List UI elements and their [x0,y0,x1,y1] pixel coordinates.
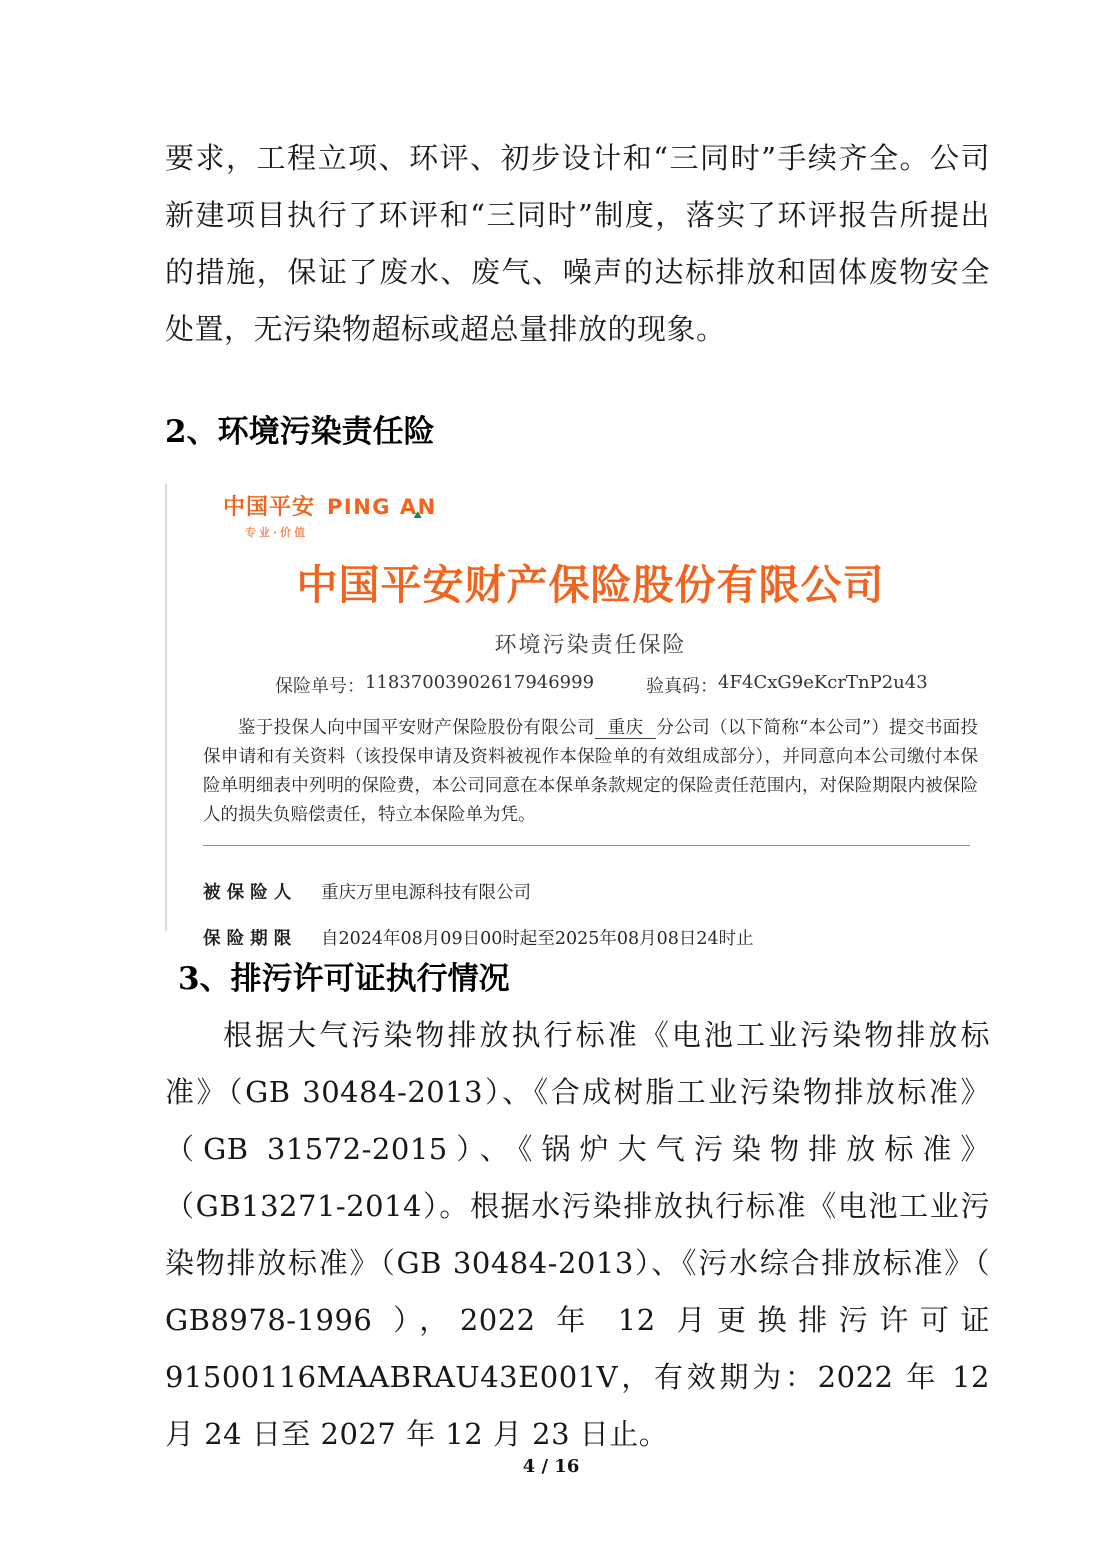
insured-value: 重庆万里电源科技有限公司 [321,879,531,904]
pingan-tagline: 专业·价值 [245,524,978,540]
policy-number-label: 保险单号： [275,672,365,698]
pingan-logo-en: PING AN [327,495,437,519]
section-3-paragraph: 根据大气污染物排放执行标准《电池工业污染物排放标准》（GB 30484-2013… [165,1007,990,1463]
intro-paragraph: 要求，工程立项、环评、初步设计和“三同时”手续齐全。公司新建项目执行了环评和“三… [165,130,990,358]
certificate-company-title: 中国平安财产保险股份有限公司 [203,552,978,611]
document-page: 要求，工程立项、环评、初步设计和“三同时”手续齐全。公司新建项目执行了环评和“三… [0,0,1102,1559]
certificate-divider [203,845,970,846]
certificate-meta-row: 保险单号：11837003902617946999 验真码：4F4CxG9eKc… [275,672,978,698]
page-number: 4 / 16 [0,1456,1102,1477]
verify-code-value: 4F4CxG9eKcrTnP2u43 [718,672,928,698]
insured-field: 被 保 险 人 重庆万里电源科技有限公司 [203,879,978,904]
pingan-logo-row: 中国平安 PING AN [223,490,437,521]
verify-code-label: 验真码： [646,672,718,698]
period-field: 保 险 期 限 自2024年08月09日00时起至2025年08月08日24时止 [203,925,978,950]
period-label: 保 险 期 限 [203,925,315,950]
policy-number-value: 11837003902617946999 [365,672,594,698]
certificate-body-before: 鉴于投保人向中国平安财产保险股份有限公司 [238,718,595,738]
branch-name: 重庆 [595,718,657,739]
certificate-subtitle: 环境污染责任保险 [203,628,978,659]
insurance-certificate: 中国平安 PING AN 专业·价值 中国平安财产保险股份有限公司 环境污染责任… [165,484,990,931]
pingan-logo: 中国平安 PING AN 专业·价值 [203,490,978,540]
period-value: 自2024年08月09日00时起至2025年08月08日24时止 [321,925,754,950]
certificate-body-paragraph: 鉴于投保人向中国平安财产保险股份有限公司重庆分公司（以下简称“本公司”）提交书面… [203,714,978,830]
section-3-heading: 3、排污许可证执行情况 [165,957,990,1001]
meta-gap [594,672,646,698]
pingan-logo-cn: 中国平安 [223,490,315,521]
section-2-heading: 2、环境污染责任险 [165,410,990,454]
insured-label: 被 保 险 人 [203,879,315,904]
